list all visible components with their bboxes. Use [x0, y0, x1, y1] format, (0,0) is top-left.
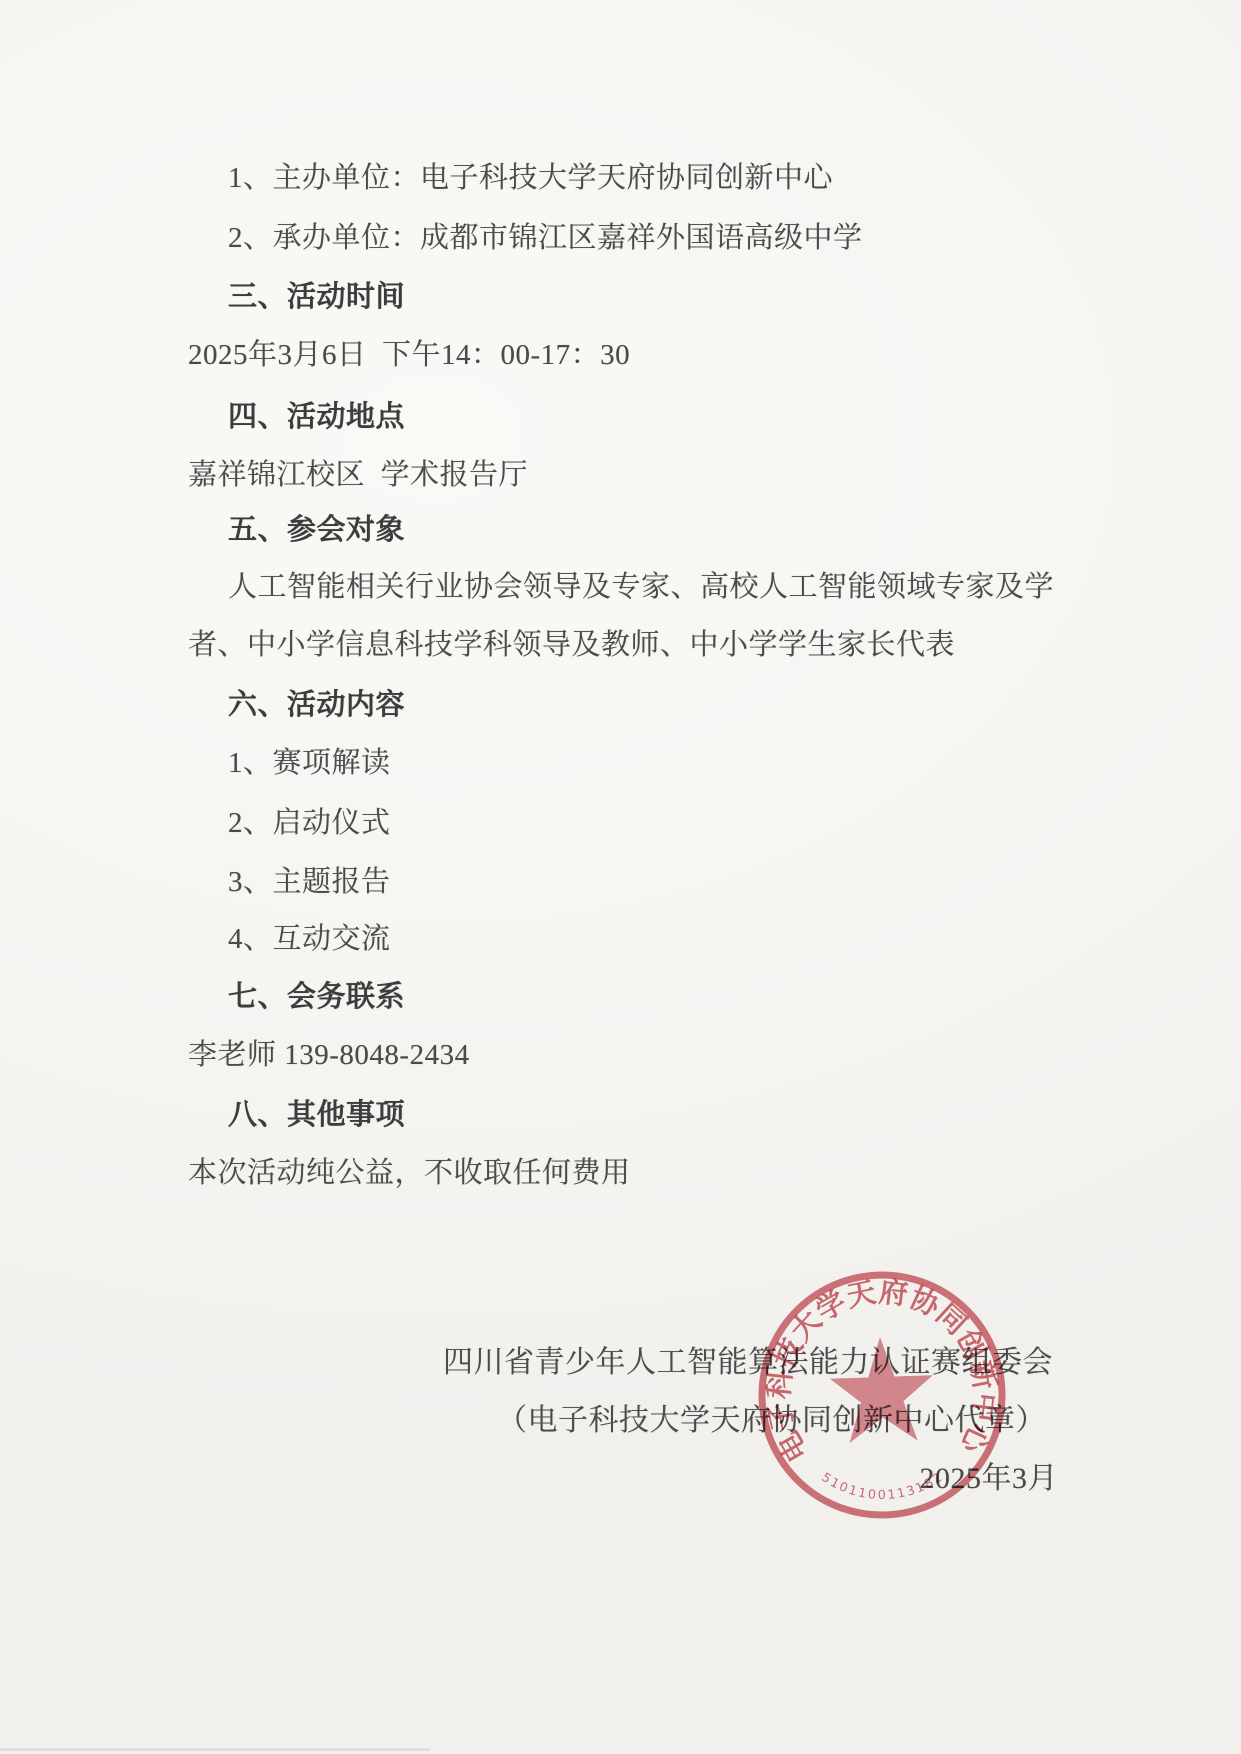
body-line-co-organizer: 2、承办单位：成都市锦江区嘉祥外国语高级中学 — [228, 222, 863, 254]
seal-star-icon — [829, 1335, 936, 1443]
section-heading-location: 四、活动地点 — [228, 401, 405, 433]
body-line-agenda-4: 4、互动交流 — [228, 923, 391, 955]
section-heading-content: 六、活动内容 — [228, 689, 405, 721]
official-seal-stamp-icon: 电子科技大学天府协同创新中心 5101100113182 — [737, 1250, 1027, 1540]
seal-serial-number: 5101100113182 — [819, 1465, 947, 1504]
scanner-edge-artifact — [0, 1748, 430, 1751]
body-line-venue: 嘉祥锦江校区 学术报告厅 — [188, 459, 528, 491]
section-heading-attendees: 五、参会对象 — [228, 514, 405, 546]
body-line-contact: 李老师 139-8048-2434 — [188, 1039, 470, 1071]
body-line-fee-note: 本次活动纯公益，不收取任何费用 — [188, 1157, 631, 1189]
section-heading-contact: 七、会务联系 — [228, 981, 405, 1013]
body-line-agenda-3: 3、主题报告 — [228, 866, 391, 898]
body-line-agenda-2: 2、启动仪式 — [228, 807, 391, 839]
section-heading-time: 三、活动时间 — [228, 281, 405, 313]
body-line-attendees-1: 人工智能相关行业协会领导及专家、高校人工智能领域专家及学 — [228, 571, 1054, 603]
scanned-document-page: 1、主办单位：电子科技大学天府协同创新中心 2、承办单位：成都市锦江区嘉祥外国语… — [0, 0, 1241, 1754]
section-heading-other: 八、其他事项 — [228, 1099, 405, 1131]
body-line-attendees-2: 者、中小学信息科技学科领导及教师、中小学学生家长代表 — [188, 629, 955, 661]
body-line-organizer: 1、主办单位：电子科技大学天府协同创新中心 — [228, 162, 833, 194]
body-line-datetime: 2025年3月6日 下午14：00-17：30 — [188, 339, 630, 371]
body-line-agenda-1: 1、赛项解读 — [228, 747, 391, 779]
